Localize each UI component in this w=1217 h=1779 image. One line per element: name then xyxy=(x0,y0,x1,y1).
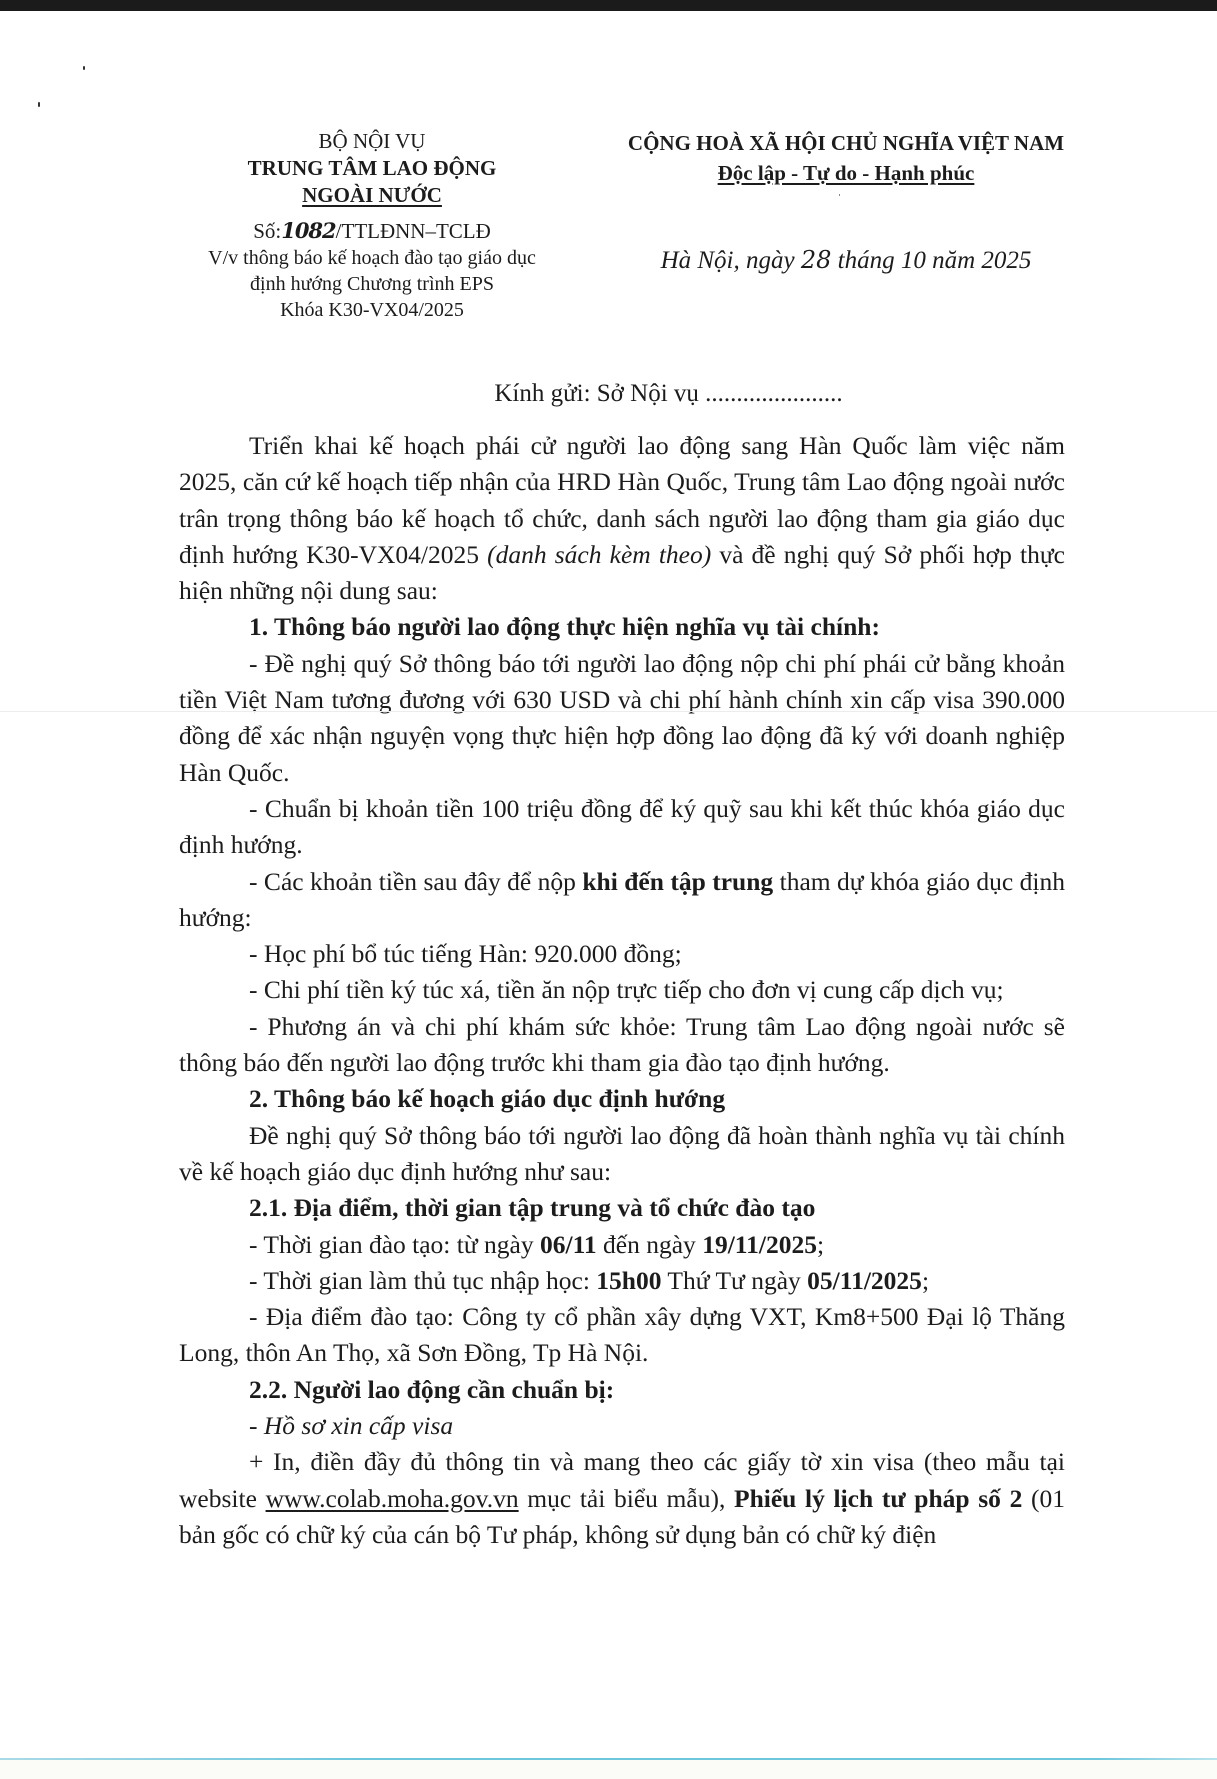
scan-speck xyxy=(839,194,840,196)
visa-dossier-subheading: - Hồ sơ xin cấp visa xyxy=(179,1408,1065,1444)
document-body: Triển khai kế hoạch phái cử người lao độ… xyxy=(179,428,1065,1553)
scan-speck xyxy=(83,66,85,70)
date-prefix: Hà Nội, ngày xyxy=(661,247,801,274)
national-title: CỘNG HOÀ XÃ HỘI CHỦ NGHĨA VIỆT NAM xyxy=(596,128,1096,158)
enrollment-time: - Thời gian làm thủ tục nhập học: 15h00 … xyxy=(179,1263,1065,1299)
end-date: 19/11/2025 xyxy=(702,1230,817,1259)
intro-paragraph: Triển khai kế hoạch phái cử người lao độ… xyxy=(179,428,1065,609)
section-1-item: - Các khoản tiền sau đây để nộp khi đến … xyxy=(179,864,1065,937)
issuer-header: BỘ NỘI VỤ TRUNG TÂM LAO ĐỘNG NGOÀI NƯỚC … xyxy=(172,128,572,323)
section-1-item: - Chuẩn bị khoản tiền 100 triệu đồng để … xyxy=(179,791,1065,864)
item-text: ; xyxy=(817,1230,824,1259)
subject-line: định hướng Chương trình EPS xyxy=(172,271,572,297)
enrollment-hour: 15h00 xyxy=(596,1266,661,1295)
national-header: CỘNG HOÀ XÃ HỘI CHỦ NGHĨA VIỆT NAM Độc l… xyxy=(596,128,1096,188)
scan-artifact-line xyxy=(0,711,1217,712)
document-number: Số:1082/TTLĐNN–TCLĐ xyxy=(172,217,572,245)
recipient-line: Kính gửi: Sở Nội vụ ....................… xyxy=(0,380,1217,408)
section-2-2-heading: 2.2. Người lao động cần chuẩn bị: xyxy=(179,1372,1065,1408)
item-emphasis: Phiếu lý lịch tư pháp số 2 xyxy=(734,1484,1022,1513)
subject-line: Khóa K30-VX04/2025 xyxy=(172,297,572,323)
section-1-item: - Chi phí tiền ký túc xá, tiền ăn nộp tr… xyxy=(179,972,1065,1008)
section-1-item: - Đề nghị quý Sở thông báo tới người lao… xyxy=(179,646,1065,791)
doc-number-suffix: /TTLĐNN–TCLĐ xyxy=(336,219,491,243)
visa-dossier-item: + In, điền đầy đủ thông tin và mang theo… xyxy=(179,1444,1065,1553)
subject-line: V/v thông báo kế hoạch đào tạo giáo dục xyxy=(172,245,572,271)
section-1-item: - Phương án và chi phí khám sức khỏe: Tr… xyxy=(179,1009,1065,1082)
item-text: ; xyxy=(922,1266,929,1295)
section-1-heading: 1. Thông báo người lao động thực hiện ng… xyxy=(179,609,1065,645)
item-emphasis: khi đến tập trung xyxy=(582,867,773,896)
section-1-item: - Học phí bổ túc tiếng Hàn: 920.000 đồng… xyxy=(179,936,1065,972)
scan-speck xyxy=(38,102,40,107)
section-2-paragraph: Đề nghị quý Sở thông báo tới người lao đ… xyxy=(179,1118,1065,1191)
item-text: Thứ Tư ngày xyxy=(661,1266,807,1295)
section-2-heading: 2. Thông báo kế hoạch giáo dục định hướn… xyxy=(179,1081,1065,1117)
start-date: 06/11 xyxy=(540,1230,597,1259)
item-text: mục tải biểu mẫu), xyxy=(519,1484,734,1513)
intro-italic-note: (danh sách kèm theo) xyxy=(487,540,711,569)
date-suffix: tháng 10 năm 2025 xyxy=(831,247,1031,274)
issuing-organization-line1: TRUNG TÂM LAO ĐỘNG xyxy=(172,155,572,182)
issuing-organization-line2: NGOÀI NƯỚC xyxy=(302,183,442,207)
page-bottom-strip xyxy=(0,1760,1217,1779)
doc-number-handwritten: 1082 xyxy=(281,218,335,243)
enrollment-date: 05/11/2025 xyxy=(807,1266,922,1295)
parent-ministry: BỘ NỘI VỤ xyxy=(172,128,572,155)
training-period: - Thời gian đào tạo: từ ngày 06/11 đến n… xyxy=(179,1227,1065,1263)
item-text: - Các khoản tiền sau đây để nộp xyxy=(249,867,582,896)
national-motto: Độc lập - Tự do - Hạnh phúc xyxy=(718,161,975,185)
website-link[interactable]: www.colab.moha.gov.vn xyxy=(266,1484,519,1513)
doc-number-prefix: Số: xyxy=(253,219,281,243)
item-text: đến ngày xyxy=(597,1230,703,1259)
issue-date: Hà Nội, ngày 28 tháng 10 năm 2025 xyxy=(596,246,1096,275)
item-text: - Thời gian làm thủ tục nhập học: xyxy=(249,1266,596,1295)
item-text: - Thời gian đào tạo: từ ngày xyxy=(249,1230,540,1259)
document-subject: V/v thông báo kế hoạch đào tạo giáo dục … xyxy=(172,245,572,323)
top-bar xyxy=(0,0,1217,11)
section-2-1-heading: 2.1. Địa điểm, thời gian tập trung và tổ… xyxy=(179,1190,1065,1226)
date-day-handwritten: 28 xyxy=(801,246,832,274)
training-location: - Địa điểm đào tạo: Công ty cổ phần xây … xyxy=(179,1299,1065,1372)
